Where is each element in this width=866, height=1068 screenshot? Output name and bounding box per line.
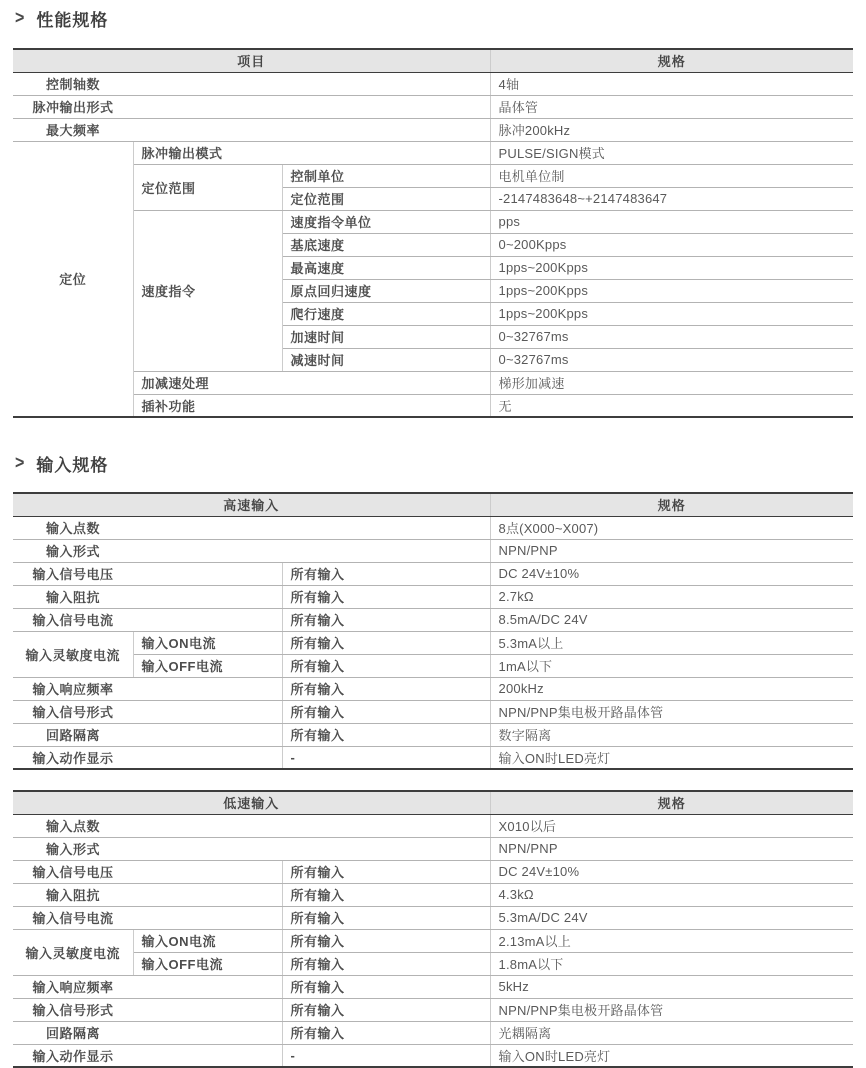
low-speed-input-table: 低速输入 规格 输入点数 X010以后 输入形式 NPN/PNP 输入信号电压 …: [13, 790, 853, 1068]
group-cell-input-sensitivity: 输入灵敏度电流: [13, 929, 133, 975]
chevron-right-icon: >: [15, 453, 24, 474]
subgroup-cell-positioning-range: 定位范围: [133, 164, 282, 210]
table-row: 输入灵敏度电流 输入ON电流 所有输入 2.13mA以上: [13, 929, 853, 952]
scope-cell: 所有输入: [282, 1021, 490, 1044]
table-row: 定位 脉冲输出模式 PULSE/SIGN模式: [13, 141, 853, 164]
table-header-row: 高速输入 规格: [13, 493, 853, 516]
scope-cell: 所有输入: [282, 677, 490, 700]
scope-cell: 所有输入: [282, 700, 490, 723]
group-cell-input-sensitivity: 输入灵敏度电流: [13, 631, 133, 677]
table-row: 回路隔离 所有输入 光耦隔离: [13, 1021, 853, 1044]
row-label: 输入点数: [13, 518, 133, 537]
spec-value-cell: 脉冲200kHz: [490, 118, 853, 141]
col-header-spec: 规格: [490, 49, 853, 72]
spec-value-cell: 2.13mA以上: [490, 929, 853, 952]
table-row: 输入灵敏度电流 输入ON电流 所有输入 5.3mA以上: [13, 631, 853, 654]
scope-cell: 所有输入: [282, 929, 490, 952]
table-row: 输入信号电流 所有输入 8.5mA/DC 24V: [13, 608, 853, 631]
spec-value-cell: 1pps~200Kpps: [490, 279, 853, 302]
scope-cell: -: [282, 746, 490, 769]
spec-value-cell: 0~32767ms: [490, 325, 853, 348]
scope-cell: 所有输入: [282, 585, 490, 608]
spec-value-cell: 8点(X000~X007): [490, 516, 853, 539]
row-label: 输入阻抗: [13, 587, 133, 606]
table-header-row: 低速输入 规格: [13, 791, 853, 814]
spec-value-cell: DC 24V±10%: [490, 860, 853, 883]
scope-cell: 所有输入: [282, 883, 490, 906]
group-cell-positioning: 定位: [13, 141, 133, 417]
spec-value-cell: NPN/PNP: [490, 539, 853, 562]
spec-value-cell: 输入ON时LED亮灯: [490, 1044, 853, 1067]
spec-value-cell: 5.3mA/DC 24V: [490, 906, 853, 929]
performance-spec-title: > 性能规格: [15, 6, 853, 31]
section-title-text: 性能规格: [36, 6, 108, 31]
spec-value-cell: 晶体管: [490, 95, 853, 118]
scope-cell: 所有输入: [282, 654, 490, 677]
row-label-cell: 插补功能: [133, 394, 490, 417]
spec-value-cell: 4轴: [490, 72, 853, 95]
table-row: 插补功能 无: [13, 394, 853, 417]
row-label: 输入点数: [13, 816, 133, 835]
table-row: 速度指令 速度指令单位 pps: [13, 210, 853, 233]
scope-cell: 所有输入: [282, 631, 490, 654]
scope-cell: 所有输入: [282, 906, 490, 929]
scope-cell: 所有输入: [282, 952, 490, 975]
row-label-cell: 爬行速度: [282, 302, 490, 325]
row-label: 输入信号形式: [13, 1000, 133, 1019]
col-header-high-speed-input: 高速输入: [13, 493, 490, 516]
row-label-cell: 控制单位: [282, 164, 490, 187]
row-label: 输入信号形式: [13, 702, 133, 721]
spec-value-cell: X010以后: [490, 814, 853, 837]
row-label-cell: 输入OFF电流: [133, 654, 282, 677]
col-header-spec: 规格: [490, 791, 853, 814]
spec-value-cell: 2.7kΩ: [490, 585, 853, 608]
spec-value-cell: 无: [490, 394, 853, 417]
section-title-text: 输入规格: [36, 451, 108, 476]
chevron-right-icon: >: [15, 8, 24, 29]
row-label: 输入形式: [13, 541, 133, 560]
spec-value-cell: NPN/PNP集电极开路晶体管: [490, 998, 853, 1021]
spec-value-cell: PULSE/SIGN模式: [490, 141, 853, 164]
row-label-cell: 原点回归速度: [282, 279, 490, 302]
table-row: 输入响应频率 所有输入 5kHz: [13, 975, 853, 998]
row-label: 输入信号电流: [13, 908, 133, 927]
spec-value-cell: pps: [490, 210, 853, 233]
performance-spec-table: 项目 规格 控制轴数 4轴 脉冲输出形式 晶体管 最大频率 脉冲200kHz 定…: [13, 48, 853, 418]
table-row: 输入阻抗 所有输入 2.7kΩ: [13, 585, 853, 608]
table-row: 输入信号电压 所有输入 DC 24V±10%: [13, 562, 853, 585]
row-label: 输入信号电流: [13, 610, 133, 629]
spec-page: > 性能规格 项目 规格 控制轴数 4轴 脉冲输出形式 晶体管 最大频率 脉冲2…: [0, 0, 866, 1068]
row-label-cell: 输入ON电流: [133, 929, 282, 952]
spec-value-cell: 1pps~200Kpps: [490, 302, 853, 325]
table-row: 输入动作显示 - 输入ON时LED亮灯: [13, 1044, 853, 1067]
spec-value-cell: NPN/PNP集电极开路晶体管: [490, 700, 853, 723]
row-label: 输入动作显示: [13, 1046, 133, 1065]
row-label: 脉冲输出形式: [13, 97, 133, 116]
spec-value-cell: 8.5mA/DC 24V: [490, 608, 853, 631]
row-label: 输入信号电压: [13, 862, 133, 881]
table-row: 回路隔离 所有输入 数字隔离: [13, 723, 853, 746]
scope-cell: -: [282, 1044, 490, 1067]
row-label: 输入动作显示: [13, 748, 133, 767]
row-label-cell: 加速时间: [282, 325, 490, 348]
table-row: 脉冲输出形式 晶体管: [13, 95, 853, 118]
row-label: 输入阻抗: [13, 885, 133, 904]
row-label: 输入形式: [13, 839, 133, 858]
spec-value-cell: 数字隔离: [490, 723, 853, 746]
table-row: 输入信号形式 所有输入 NPN/PNP集电极开路晶体管: [13, 998, 853, 1021]
spec-value-cell: 4.3kΩ: [490, 883, 853, 906]
spec-value-cell: 输入ON时LED亮灯: [490, 746, 853, 769]
table-row: 输入点数 8点(X000~X007): [13, 516, 853, 539]
row-label: 输入信号电压: [13, 564, 133, 583]
row-label-cell: 加减速处理: [133, 371, 490, 394]
row-label-cell: 定位范围: [282, 187, 490, 210]
row-label: 输入响应频率: [13, 977, 133, 996]
high-speed-input-table: 高速输入 规格 输入点数 8点(X000~X007) 输入形式 NPN/PNP …: [13, 492, 853, 770]
spec-value-cell: 光耦隔离: [490, 1021, 853, 1044]
row-label: 回路隔离: [13, 1023, 133, 1042]
table-row: 加减速处理 梯形加减速: [13, 371, 853, 394]
row-label-cell: 基底速度: [282, 233, 490, 256]
table-row: 输入响应频率 所有输入 200kHz: [13, 677, 853, 700]
spec-value-cell: 5.3mA以上: [490, 631, 853, 654]
table-row: 输入OFF电流 所有输入 1mA以下: [13, 654, 853, 677]
spec-value-cell: 5kHz: [490, 975, 853, 998]
row-label-cell: 输入ON电流: [133, 631, 282, 654]
spec-value-cell: NPN/PNP: [490, 837, 853, 860]
table-row: 输入信号电压 所有输入 DC 24V±10%: [13, 860, 853, 883]
spec-value-cell: 梯形加减速: [490, 371, 853, 394]
scope-cell: 所有输入: [282, 608, 490, 631]
input-spec-title: > 输入规格: [15, 451, 853, 476]
spec-value-cell: 0~32767ms: [490, 348, 853, 371]
spec-value-cell: 0~200Kpps: [490, 233, 853, 256]
col-header-spec: 规格: [490, 493, 853, 516]
scope-cell: 所有输入: [282, 860, 490, 883]
spec-value-cell: -2147483648~+2147483647: [490, 187, 853, 210]
table-row: 输入OFF电流 所有输入 1.8mA以下: [13, 952, 853, 975]
table-row: 最大频率 脉冲200kHz: [13, 118, 853, 141]
spec-value-cell: 1pps~200Kpps: [490, 256, 853, 279]
row-label-cell: 输入OFF电流: [133, 952, 282, 975]
table-row: 定位范围 控制单位 电机单位制: [13, 164, 853, 187]
scope-cell: 所有输入: [282, 998, 490, 1021]
table-row: 输入形式 NPN/PNP: [13, 837, 853, 860]
row-label: 控制轴数: [13, 74, 133, 93]
scope-cell: 所有输入: [282, 562, 490, 585]
table-header-row: 项目 规格: [13, 49, 853, 72]
col-header-item: 项目: [13, 49, 490, 72]
row-label-cell: 最高速度: [282, 256, 490, 279]
row-label-cell: 脉冲输出模式: [133, 141, 490, 164]
row-label: 回路隔离: [13, 725, 133, 744]
table-row: 输入动作显示 - 输入ON时LED亮灯: [13, 746, 853, 769]
row-label-cell: 减速时间: [282, 348, 490, 371]
spec-value-cell: 1mA以下: [490, 654, 853, 677]
scope-cell: 所有输入: [282, 723, 490, 746]
row-label: 最大频率: [13, 120, 133, 139]
spec-value-cell: 200kHz: [490, 677, 853, 700]
spec-value-cell: 1.8mA以下: [490, 952, 853, 975]
table-row: 输入信号电流 所有输入 5.3mA/DC 24V: [13, 906, 853, 929]
spec-value-cell: 电机单位制: [490, 164, 853, 187]
table-row: 输入形式 NPN/PNP: [13, 539, 853, 562]
table-row: 控制轴数 4轴: [13, 72, 853, 95]
table-row: 输入信号形式 所有输入 NPN/PNP集电极开路晶体管: [13, 700, 853, 723]
table-row: 输入阻抗 所有输入 4.3kΩ: [13, 883, 853, 906]
table-row: 输入点数 X010以后: [13, 814, 853, 837]
scope-cell: 所有输入: [282, 975, 490, 998]
subgroup-cell-speed-command: 速度指令: [133, 210, 282, 371]
col-header-low-speed-input: 低速输入: [13, 791, 490, 814]
row-label: 输入响应频率: [13, 679, 133, 698]
spec-value-cell: DC 24V±10%: [490, 562, 853, 585]
row-label-cell: 速度指令单位: [282, 210, 490, 233]
